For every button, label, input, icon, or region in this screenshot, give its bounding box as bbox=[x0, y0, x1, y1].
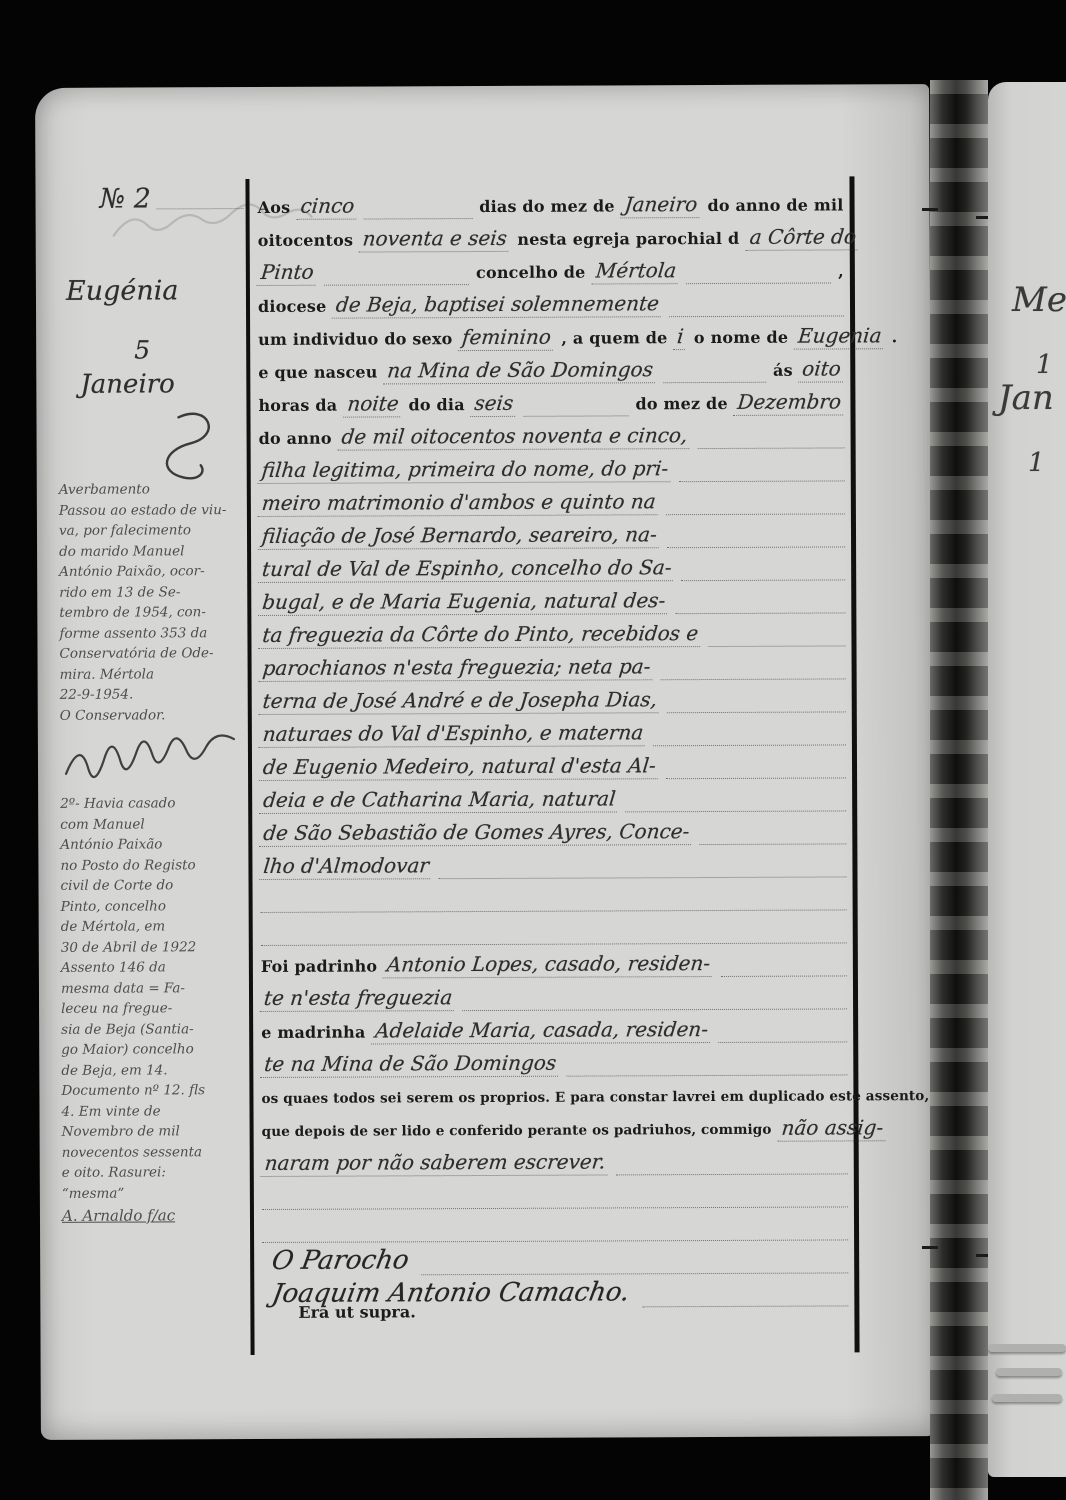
printed-form-text: e madrinha bbox=[261, 1023, 365, 1045]
handwritten-entry: de São Sebastião de Gomes Ayres, Conce- bbox=[259, 819, 694, 847]
note-line: Documento nº 12. fls bbox=[61, 1080, 247, 1101]
handwritten-entry: seis bbox=[470, 391, 517, 417]
record-line: O Parocho bbox=[262, 1240, 848, 1276]
printed-form-text: um individuo do sexo bbox=[258, 329, 452, 352]
note-line: Assento 146 da bbox=[61, 957, 247, 978]
note-line: rido em 13 de Se- bbox=[59, 582, 245, 603]
note-line: tembro de 1954, con- bbox=[59, 602, 245, 623]
stitch-mark bbox=[922, 208, 938, 211]
entry-number: № 2 bbox=[71, 183, 156, 214]
handwritten-entry: de Beja, baptisei solemnemente bbox=[332, 291, 664, 318]
handwritten-entry: terna de José André e de Josepha Dias, bbox=[258, 687, 661, 715]
handwritten-entry: a Côrte do bbox=[745, 224, 860, 251]
record-line: lho d'Almodovar bbox=[260, 844, 846, 880]
handwritten-entry: lho d'Almodovar bbox=[259, 853, 433, 880]
handwritten-entry: Janeiro bbox=[620, 192, 701, 218]
handwritten-entry: bugal, e de Maria Eugenia, natural des- bbox=[258, 588, 670, 616]
note-line: go Maior) concelho bbox=[61, 1039, 247, 1060]
handwritten-entry: ta freguezia da Côrte do Pinto, recebido… bbox=[258, 621, 702, 649]
note-line: “mesma” bbox=[62, 1183, 248, 1204]
record-line: do annode mil oitocentos noventa e cinco… bbox=[258, 415, 844, 451]
note-line: sia de Beja (Santia- bbox=[61, 1019, 247, 1040]
handwritten-entry: naturaes do Val d'Espinho, e materna bbox=[259, 720, 648, 748]
printed-form-text: , bbox=[838, 261, 844, 283]
printed-form-text: e que nasceu bbox=[258, 362, 377, 385]
note-line: va, por falecimento bbox=[59, 520, 245, 541]
page-stack-edge bbox=[988, 1344, 1066, 1352]
printed-form-text: oitocentos bbox=[258, 231, 354, 253]
record-line: que depois de ser lido e conferido peran… bbox=[262, 1108, 848, 1144]
margin-child-name: Eugénia bbox=[66, 275, 179, 306]
ink-flourish bbox=[148, 409, 228, 485]
margin-month: Janeiro bbox=[80, 369, 175, 399]
record-line: naturaes do Val d'Espinho, e materna bbox=[260, 712, 846, 748]
handwritten-entry: feminino bbox=[458, 325, 555, 351]
next-page-edge: Me 1 Jan 1 bbox=[988, 82, 1066, 1477]
printed-form-text: diocese bbox=[258, 297, 327, 319]
printed-form-text: Aos bbox=[258, 198, 291, 220]
printed-form-text: , a quem de bbox=[561, 328, 667, 350]
printed-form-text: do dia bbox=[408, 395, 464, 417]
handwritten-entry: tural de Val de Espinho, concelho do Sa- bbox=[258, 555, 676, 583]
record-line: os quaes todos sei serem os proprios. E … bbox=[261, 1075, 847, 1111]
note-line: Pinto, concelho bbox=[61, 896, 247, 917]
note-line: civil de Corte do bbox=[60, 875, 246, 896]
handwritten-entry: Adelaide Maria, casada, residen- bbox=[371, 1017, 713, 1044]
margin-day: 5 bbox=[134, 335, 150, 364]
handwritten-entry: de Eugenio Medeiro, natural d'esta Al- bbox=[259, 753, 660, 781]
record-line: Foi padrinhoAntonio Lopes, casado, resid… bbox=[261, 943, 847, 979]
record-line: terna de José André e de Josepha Dias, bbox=[260, 679, 846, 715]
marginal-note-widowhood: AverbamentoPassou ao estado de viu-va, p… bbox=[59, 479, 246, 726]
note-line: com Manuel bbox=[60, 814, 246, 835]
printed-form-text: . bbox=[892, 327, 898, 349]
record-line: naram por não saberem escrever. bbox=[262, 1141, 848, 1177]
record-line: um individuo do sexofeminino, a quem dei… bbox=[258, 316, 844, 352]
note-line: no Posto do Registo bbox=[60, 855, 246, 876]
handwritten-entry: deia e de Catharina Maria, natural bbox=[259, 786, 620, 814]
signature: O Parocho bbox=[260, 1245, 418, 1276]
next-page-text-fragment: 1 bbox=[1036, 350, 1053, 380]
handwritten-entry: noite bbox=[343, 391, 403, 417]
record-line: Pintoconcelho deMértola, bbox=[258, 250, 844, 286]
handwritten-entry: parochianos n'esta freguezia; neta pa- bbox=[258, 654, 654, 682]
marginal-note-marriage-death: 2º- Havia casadocom ManuelAntónio Paixão… bbox=[60, 793, 248, 1226]
page-stack-edge bbox=[996, 1368, 1062, 1376]
handwritten-entry: Dezembro bbox=[734, 389, 846, 415]
printed-form-text: concelho de bbox=[476, 263, 586, 285]
dotted-leader bbox=[157, 208, 244, 209]
note-line: António Paixão, ocor- bbox=[59, 561, 245, 582]
record-line: diocesede Beja, baptisei solemnemente bbox=[258, 283, 844, 319]
record-line bbox=[262, 1174, 848, 1210]
closing-formula: Era ut supra. bbox=[298, 1302, 415, 1322]
note-line: 30 de Abril de 1922 bbox=[61, 937, 247, 958]
handwritten-entry: noventa e seis bbox=[359, 226, 512, 253]
record-line: meiro matrimonio d'ambos e quinto na bbox=[259, 481, 845, 517]
record-line: bugal, e de Maria Eugenia, natural des- bbox=[259, 580, 845, 616]
note-line: Averbamento bbox=[59, 479, 245, 500]
record-line: horas danoitedo diaseisdo mez deDezembro bbox=[258, 382, 844, 418]
handwritten-entry: filha legitima, primeira do nome, do pri… bbox=[257, 456, 672, 484]
next-page-text-fragment: 1 bbox=[1028, 448, 1045, 478]
note-line: O Conservador. bbox=[60, 705, 246, 726]
note-line: Conservatória de Ode- bbox=[59, 643, 245, 664]
baptism-record-body: Aoscincodias do mez deJaneirodo anno de … bbox=[257, 184, 848, 1309]
note-line: e oito. Rasurei: bbox=[62, 1162, 248, 1183]
note-line: do marido Manuel bbox=[59, 541, 245, 562]
stitch-mark bbox=[922, 1246, 938, 1249]
record-line: ta freguezia da Côrte do Pinto, recebido… bbox=[259, 613, 845, 649]
record-line: te na Mina de São Domingos bbox=[261, 1042, 847, 1078]
note-line: António Paixão bbox=[60, 834, 246, 855]
record-line: filiação de José Bernardo, seareiro, na- bbox=[259, 514, 845, 550]
printed-form-text: do anno bbox=[259, 429, 332, 451]
note-line: mira. Mértola bbox=[60, 664, 246, 685]
entry-number-row: № 2 bbox=[71, 183, 243, 215]
handwritten-entry: meiro matrimonio d'ambos e quinto na bbox=[258, 489, 660, 517]
handwritten-entry: te n'esta freguezia bbox=[260, 985, 457, 1012]
handwritten-entry: naram por não saberem escrever. bbox=[260, 1149, 609, 1177]
record-line: tural de Val de Espinho, concelho do Sa- bbox=[259, 547, 845, 583]
note-line: Passou ao estado de viu- bbox=[59, 500, 245, 521]
handwritten-entry: não assig- bbox=[777, 1115, 887, 1141]
record-line bbox=[262, 1207, 848, 1243]
note-line: 22-9-1954. bbox=[60, 684, 246, 705]
note-line: mesma data = Fa- bbox=[61, 978, 247, 999]
handwritten-entry: de mil oitocentos noventa e cinco, bbox=[337, 423, 691, 451]
printed-form-text: o nome de bbox=[694, 328, 789, 350]
printed-form-text: nesta egreja parochial d bbox=[517, 229, 739, 252]
printed-form-text: do mez de bbox=[635, 394, 727, 416]
note-line: leceu na fregue- bbox=[61, 998, 247, 1019]
form-right-rule bbox=[849, 176, 859, 1352]
record-line: de Eugenio Medeiro, natural d'esta Al- bbox=[260, 745, 846, 781]
dotted-rule bbox=[643, 1305, 849, 1307]
handwritten-entry: filiação de José Bernardo, seareiro, na- bbox=[258, 522, 661, 550]
note-signature: A. Arnaldo f/ac bbox=[62, 1205, 248, 1226]
handwritten-entry: oito bbox=[798, 356, 845, 382]
printed-form-text: do anno de mil bbox=[707, 195, 843, 218]
next-page-text-fragment: Jan bbox=[998, 378, 1054, 418]
book-binding-gutter bbox=[930, 80, 988, 1500]
note-line: forme assento 353 da bbox=[59, 623, 245, 644]
record-line bbox=[261, 877, 847, 913]
handwritten-entry: na Mina de São Domingos bbox=[383, 357, 657, 384]
handwritten-entry: Mértola bbox=[591, 258, 680, 284]
handwritten-entry: Eugenia bbox=[794, 323, 886, 349]
handwritten-entry: i bbox=[673, 324, 688, 350]
record-line: te n'esta freguezia bbox=[261, 976, 847, 1012]
note-line: 4. Em vinte de bbox=[61, 1101, 247, 1122]
note-line: novecentos sessenta bbox=[62, 1142, 248, 1163]
record-line: Aoscincodias do mez deJaneirodo anno de … bbox=[257, 184, 843, 220]
printed-form-text: ás bbox=[773, 361, 793, 383]
printed-form-text: horas da bbox=[258, 396, 337, 418]
printed-form-text: Foi padrinho bbox=[261, 956, 378, 979]
record-line: oitocentosnoventa e seisnesta egreja par… bbox=[258, 217, 844, 253]
note-line: de Mértola, em bbox=[61, 916, 247, 937]
record-line bbox=[261, 910, 847, 946]
printed-form-text: que depois de ser lido e conferido peran… bbox=[262, 1122, 772, 1144]
handwritten-entry: Pinto bbox=[257, 260, 318, 286]
printed-form-text: dias do mez de bbox=[479, 196, 615, 219]
record-line: parochianos n'esta freguezia; neta pa- bbox=[260, 646, 846, 682]
note-line: de Beja, em 14. bbox=[61, 1060, 247, 1081]
record-line: de São Sebastião de Gomes Ayres, Conce- bbox=[260, 811, 846, 847]
handwritten-entry: Antonio Lopes, casado, residen- bbox=[383, 951, 715, 978]
note-line: Novembro de mil bbox=[62, 1121, 248, 1142]
record-line: e madrinhaAdelaide Maria, casada, reside… bbox=[261, 1009, 847, 1045]
conservador-signature bbox=[62, 733, 242, 782]
record-line: filha legitima, primeira do nome, do pri… bbox=[259, 448, 845, 484]
record-line: e que nasceuna Mina de São Domingosásoit… bbox=[258, 349, 844, 385]
handwritten-entry: te na Mina de São Domingos bbox=[260, 1051, 560, 1078]
handwritten-entry: cinco bbox=[296, 194, 358, 220]
margin-column: № 2 Eugénia 5 Janeiro AverbamentoPassou … bbox=[55, 87, 251, 1440]
note-line: 2º- Havia casado bbox=[60, 793, 246, 814]
next-page-text-fragment: Me bbox=[1012, 280, 1066, 320]
register-page: № 2 Eugénia 5 Janeiro AverbamentoPassou … bbox=[35, 84, 935, 1440]
record-line: deia e de Catharina Maria, natural bbox=[260, 778, 846, 814]
register-scan: № 2 Eugénia 5 Janeiro AverbamentoPassou … bbox=[0, 0, 1066, 1500]
page-stack-edge bbox=[992, 1394, 1062, 1402]
